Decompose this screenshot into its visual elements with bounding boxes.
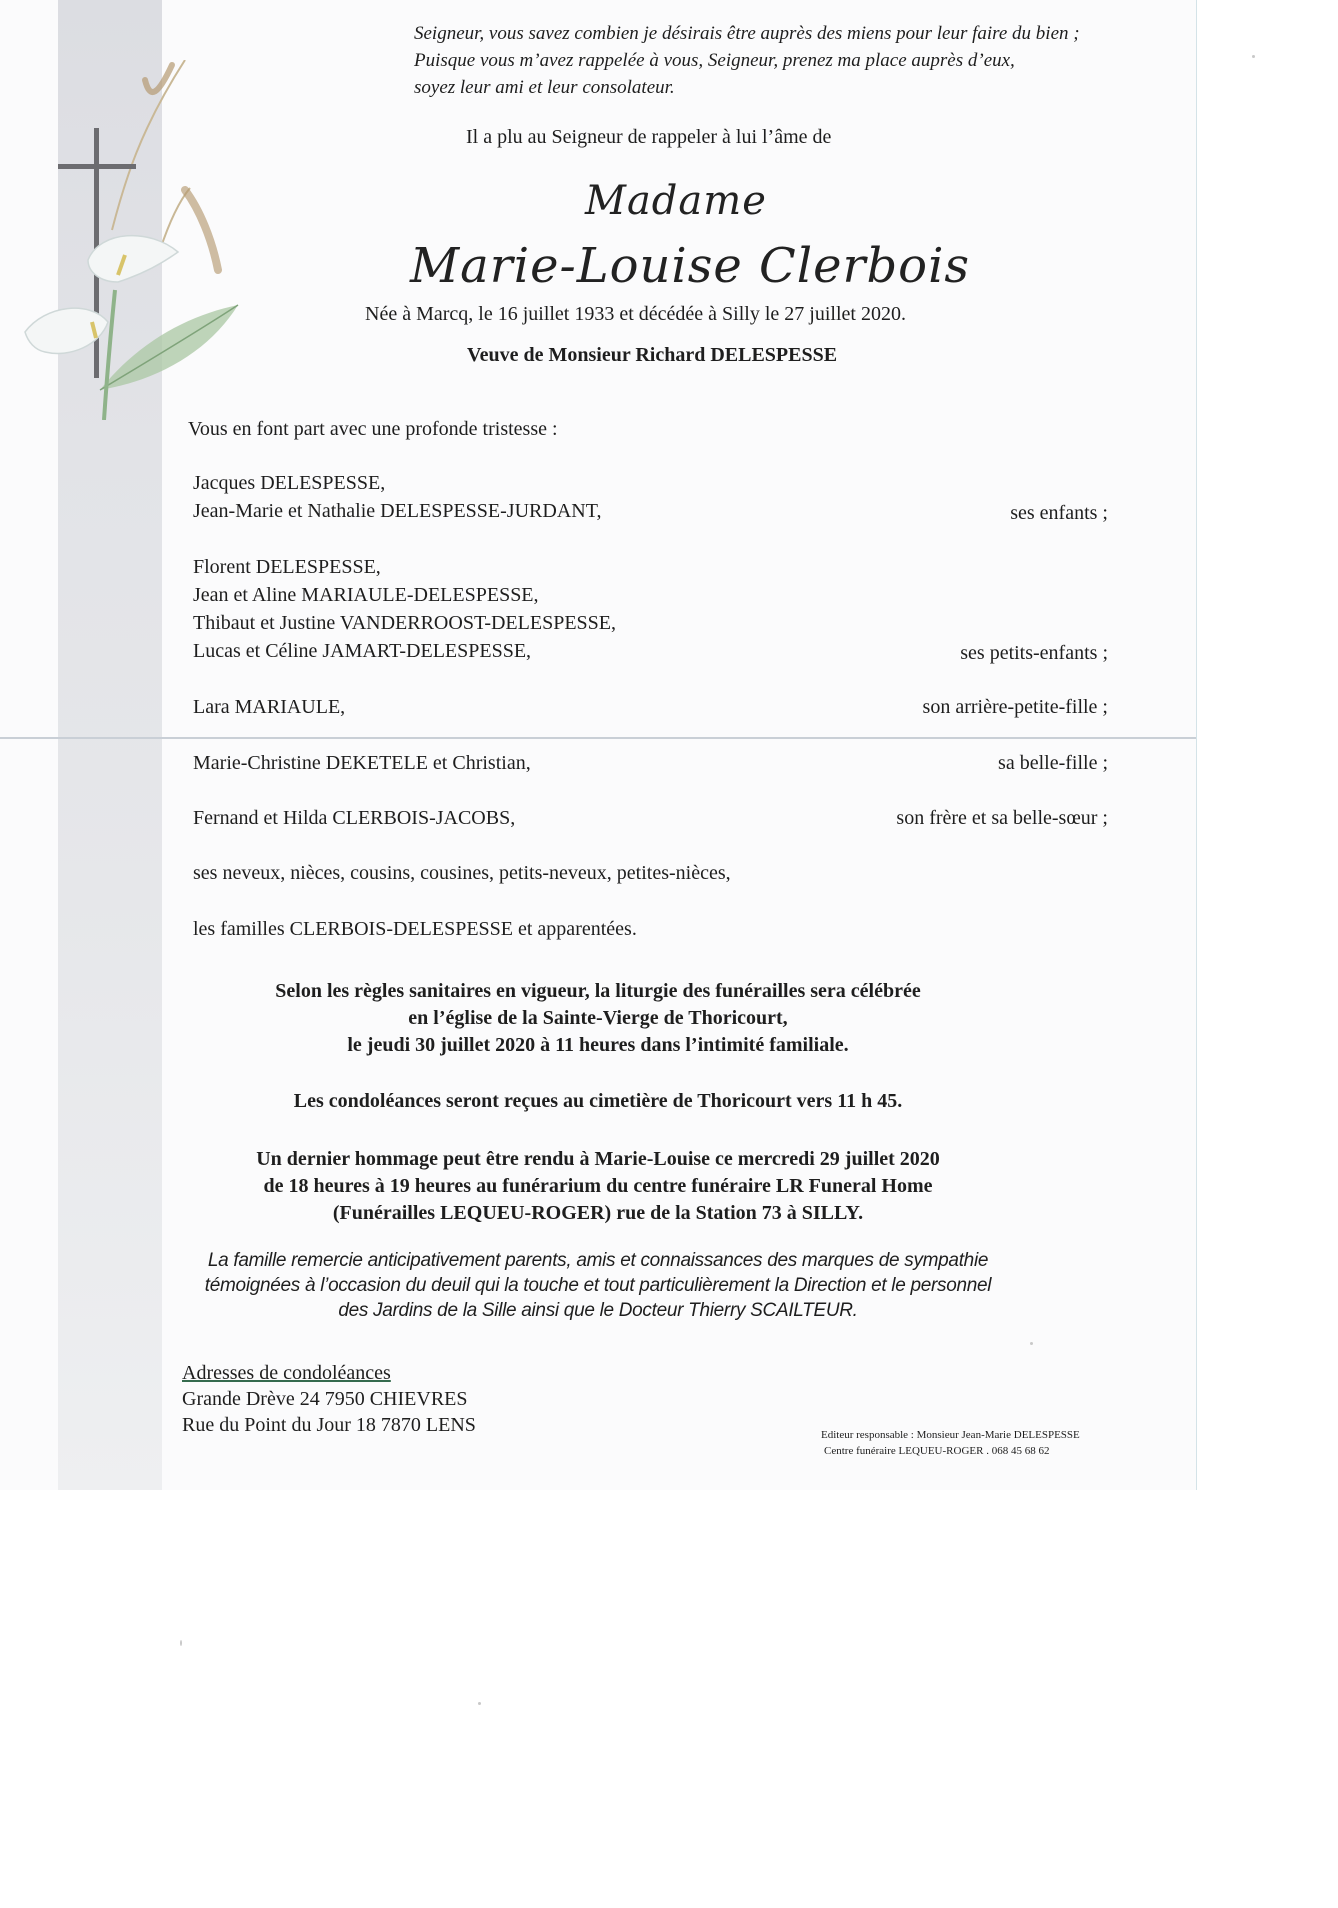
family-intro: Vous en font part avec une profonde tris… [188, 418, 558, 441]
verse-line: soyez leur ami et leur consolateur. [414, 74, 675, 101]
thanks-line: des Jardins de la Sille ainsi que le Doc… [0, 1300, 1196, 1322]
family-name: Lucas et Céline JAMART-DELESPESSE, [193, 640, 531, 663]
address-line: Rue du Point du Jour 18 7870 LENS [182, 1414, 476, 1437]
thanks-line: La famille remercie anticipativement par… [0, 1250, 1196, 1272]
family-name: Jacques DELESPESSE, [193, 472, 385, 495]
birth-death-dates: Née à Marcq, le 16 juillet 1933 et décéd… [365, 303, 906, 326]
relation-label: ses petits-enfants ; [960, 642, 1108, 665]
relation-label: son arrière-petite-fille ; [923, 696, 1108, 719]
tribute-line: (Funérailles LEQUEU-ROGER) rue de la Sta… [0, 1202, 1196, 1225]
family-name: Thibaut et Justine VANDERROOST-DELESPESS… [193, 612, 616, 635]
family-name: Jean-Marie et Nathalie DELESPESSE-JURDAN… [193, 500, 601, 523]
family-name: Florent DELESPESSE, [193, 556, 381, 579]
tribute-line: de 18 heures à 19 heures au funérarium d… [0, 1175, 1196, 1198]
scan-speck [1030, 1342, 1033, 1345]
family-name: Jean et Aline MARIAULE-DELESPESSE, [193, 584, 539, 607]
relation-label: son frère et sa belle-sœur ; [896, 807, 1108, 830]
cross-lily-wheat-icon [0, 60, 260, 420]
fold-line [0, 737, 1196, 739]
family-name: Fernand et Hilda CLERBOIS-JACOBS, [193, 807, 515, 830]
funeral-line: le jeudi 30 juillet 2020 à 11 heures dan… [0, 1034, 1196, 1057]
relation-label: sa belle-fille ; [998, 752, 1108, 775]
title-madame: Madame [585, 178, 767, 224]
addresses-heading: Adresses de condoléances [182, 1362, 391, 1385]
memorial-card: Seigneur, vous savez combien je désirais… [0, 0, 1197, 1490]
deceased-name: Marie-Louise Clerbois [410, 238, 970, 294]
funeral-line: en l’église de la Sainte-Vierge de Thori… [0, 1007, 1196, 1030]
scan-speck [478, 1702, 481, 1705]
scan-speck [180, 1640, 182, 1646]
announcement-intro: Il a plu au Seigneur de rappeler à lui l… [466, 126, 831, 149]
tribute-line: Un dernier hommage peut être rendu à Mar… [0, 1148, 1196, 1171]
thanks-line: témoignées à l’occasion du deuil qui la … [0, 1275, 1196, 1297]
condolences-line: Les condoléances seront reçues au cimeti… [0, 1090, 1196, 1113]
scan-speck [1252, 55, 1255, 58]
family-name: Marie-Christine DEKETELE et Christian, [193, 752, 531, 775]
publisher-line: Centre funéraire LEQUEU-ROGER . 068 45 6… [824, 1444, 1049, 1459]
funeral-line: Selon les règles sanitaires en vigueur, … [0, 980, 1196, 1003]
family-name: Lara MARIAULE, [193, 696, 345, 719]
families-line: les familles CLERBOIS-DELESPESSE et appa… [193, 918, 637, 941]
verse-line: Puisque vous m’avez rappelée à vous, Sei… [414, 47, 1015, 74]
spouse-line: Veuve de Monsieur Richard DELESPESSE [467, 344, 837, 367]
verse-line: Seigneur, vous savez combien je désirais… [414, 20, 1080, 47]
extended-family: ses neveux, nièces, cousins, cousines, p… [193, 862, 731, 885]
publisher-line: Editeur responsable : Monsieur Jean-Mari… [821, 1428, 1080, 1443]
address-line: Grande Drève 24 7950 CHIEVRES [182, 1388, 468, 1411]
relation-label: ses enfants ; [1010, 502, 1108, 525]
